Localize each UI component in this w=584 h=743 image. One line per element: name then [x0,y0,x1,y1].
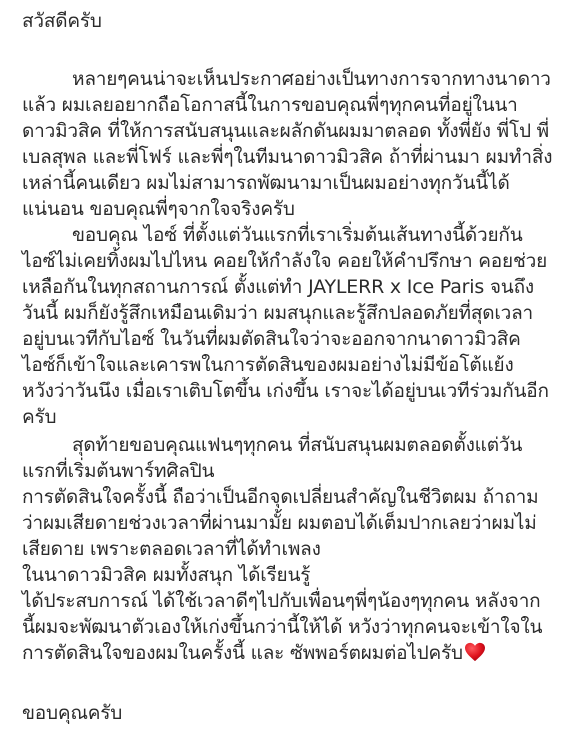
paragraph-2-line: ไอซ์ก็เข้าใจและเคารพในการตัดสินของผมอย่า… [22,352,514,378]
paragraph-2-line: อยู่บนเวทีกับไอซ์ ในวันที่ผมตัดสินใจว่าจ… [22,326,521,352]
paragraph-2-line: ขอบคุณ ไอซ์ ที่ตั้งแต่วันแรกที่เราเริ่มต… [72,222,523,248]
paragraph-3-line: นี้ผมจะพัฒนาตัวเองให้เก่งขึ้นกว่านี้ให้ไ… [22,614,542,640]
paragraph-2-line: ไอซ์ไม่เคยทิ้งผมไปไหน คอยให้กำลังใจ คอยใ… [22,248,547,274]
paragraph-3-line: การตัดสินใจครั้งนี้ ถือว่าเป็นอีกจุดเปลี… [22,484,538,510]
paragraph-1-line: ดาวมิวสิค ที่ให้การสนับสนุนและผลักดันผมม… [22,118,549,144]
paragraph-2-line: วันนี้ ผมก็ยังรู้สึกเหมือนเดิมว่า ผมสนุก… [22,300,533,326]
paragraph-1-line: เบลสุพล และพี่โฟร์ และพี่ๆในทีมนาดาวมิวส… [22,144,552,170]
paragraph-1-line: แน่นอน ขอบคุณพี่ๆจากใจจริงครับ [22,196,295,222]
paragraph-2-line: หวังว่าวันนึง เมื่อเราเติบโตขึ้น เก่งขึ้… [22,378,549,404]
paragraph-3-line: การตัดสินใจของผมในครั้งนี้ และ ซัพพอร์ตผ… [22,642,463,664]
paragraph-1-line: เหล่านี้คนเดียว ผมไม่สามารถพัฒนามาเป็นผม… [22,170,510,196]
greeting: สวัสดีครับ [22,8,102,34]
paragraph-3-line: ในนาดาวมิวสิค ผมทั้งสนุก ได้เรียนรู้ [22,562,310,588]
closing: ขอบคุณครับ [22,700,122,726]
paragraph-3-line: สุดท้ายขอบคุณแฟนๆทุกคน ที่สนับสนุนผมตลอด… [72,432,522,458]
paragraph-3-last-line: การตัดสินใจของผมในครั้งนี้ และ ซัพพอร์ตผ… [22,640,486,666]
paragraph-1-line: แล้ว ผมเลยอยากถือโอกาสนี้ในการขอบคุณพี่ๆ… [22,92,518,118]
paragraph-3-line: ว่าผมเสียดายช่วงเวลาที่ผ่านมามั้ย ผมตอบไ… [22,510,537,536]
paragraph-3-line: ได้ประสบการณ์ ได้ใช้เวลาดีๆไปกับเพื่อนๆพ… [22,588,541,614]
paragraph-2-line: เหลือกันในทุกสถานการณ์ ตั้งแต่ทำ JAYLERR… [22,274,534,300]
paragraph-2-line: ครับ [22,404,56,430]
heart-icon [464,642,486,662]
paragraph-3-line: แรกที่เริ่มต้นพาร์ทศิลปิน [22,458,214,484]
statement-document: สวัสดีครับ หลายๆคนน่าจะเห็นประกาศอย่างเป… [0,0,584,743]
paragraph-1-line: หลายๆคนน่าจะเห็นประกาศอย่างเป็นทางการจาก… [72,66,551,92]
paragraph-3-line: เสียดาย เพราะตลอดเวลาที่ได้ทำเพลง [22,536,321,562]
